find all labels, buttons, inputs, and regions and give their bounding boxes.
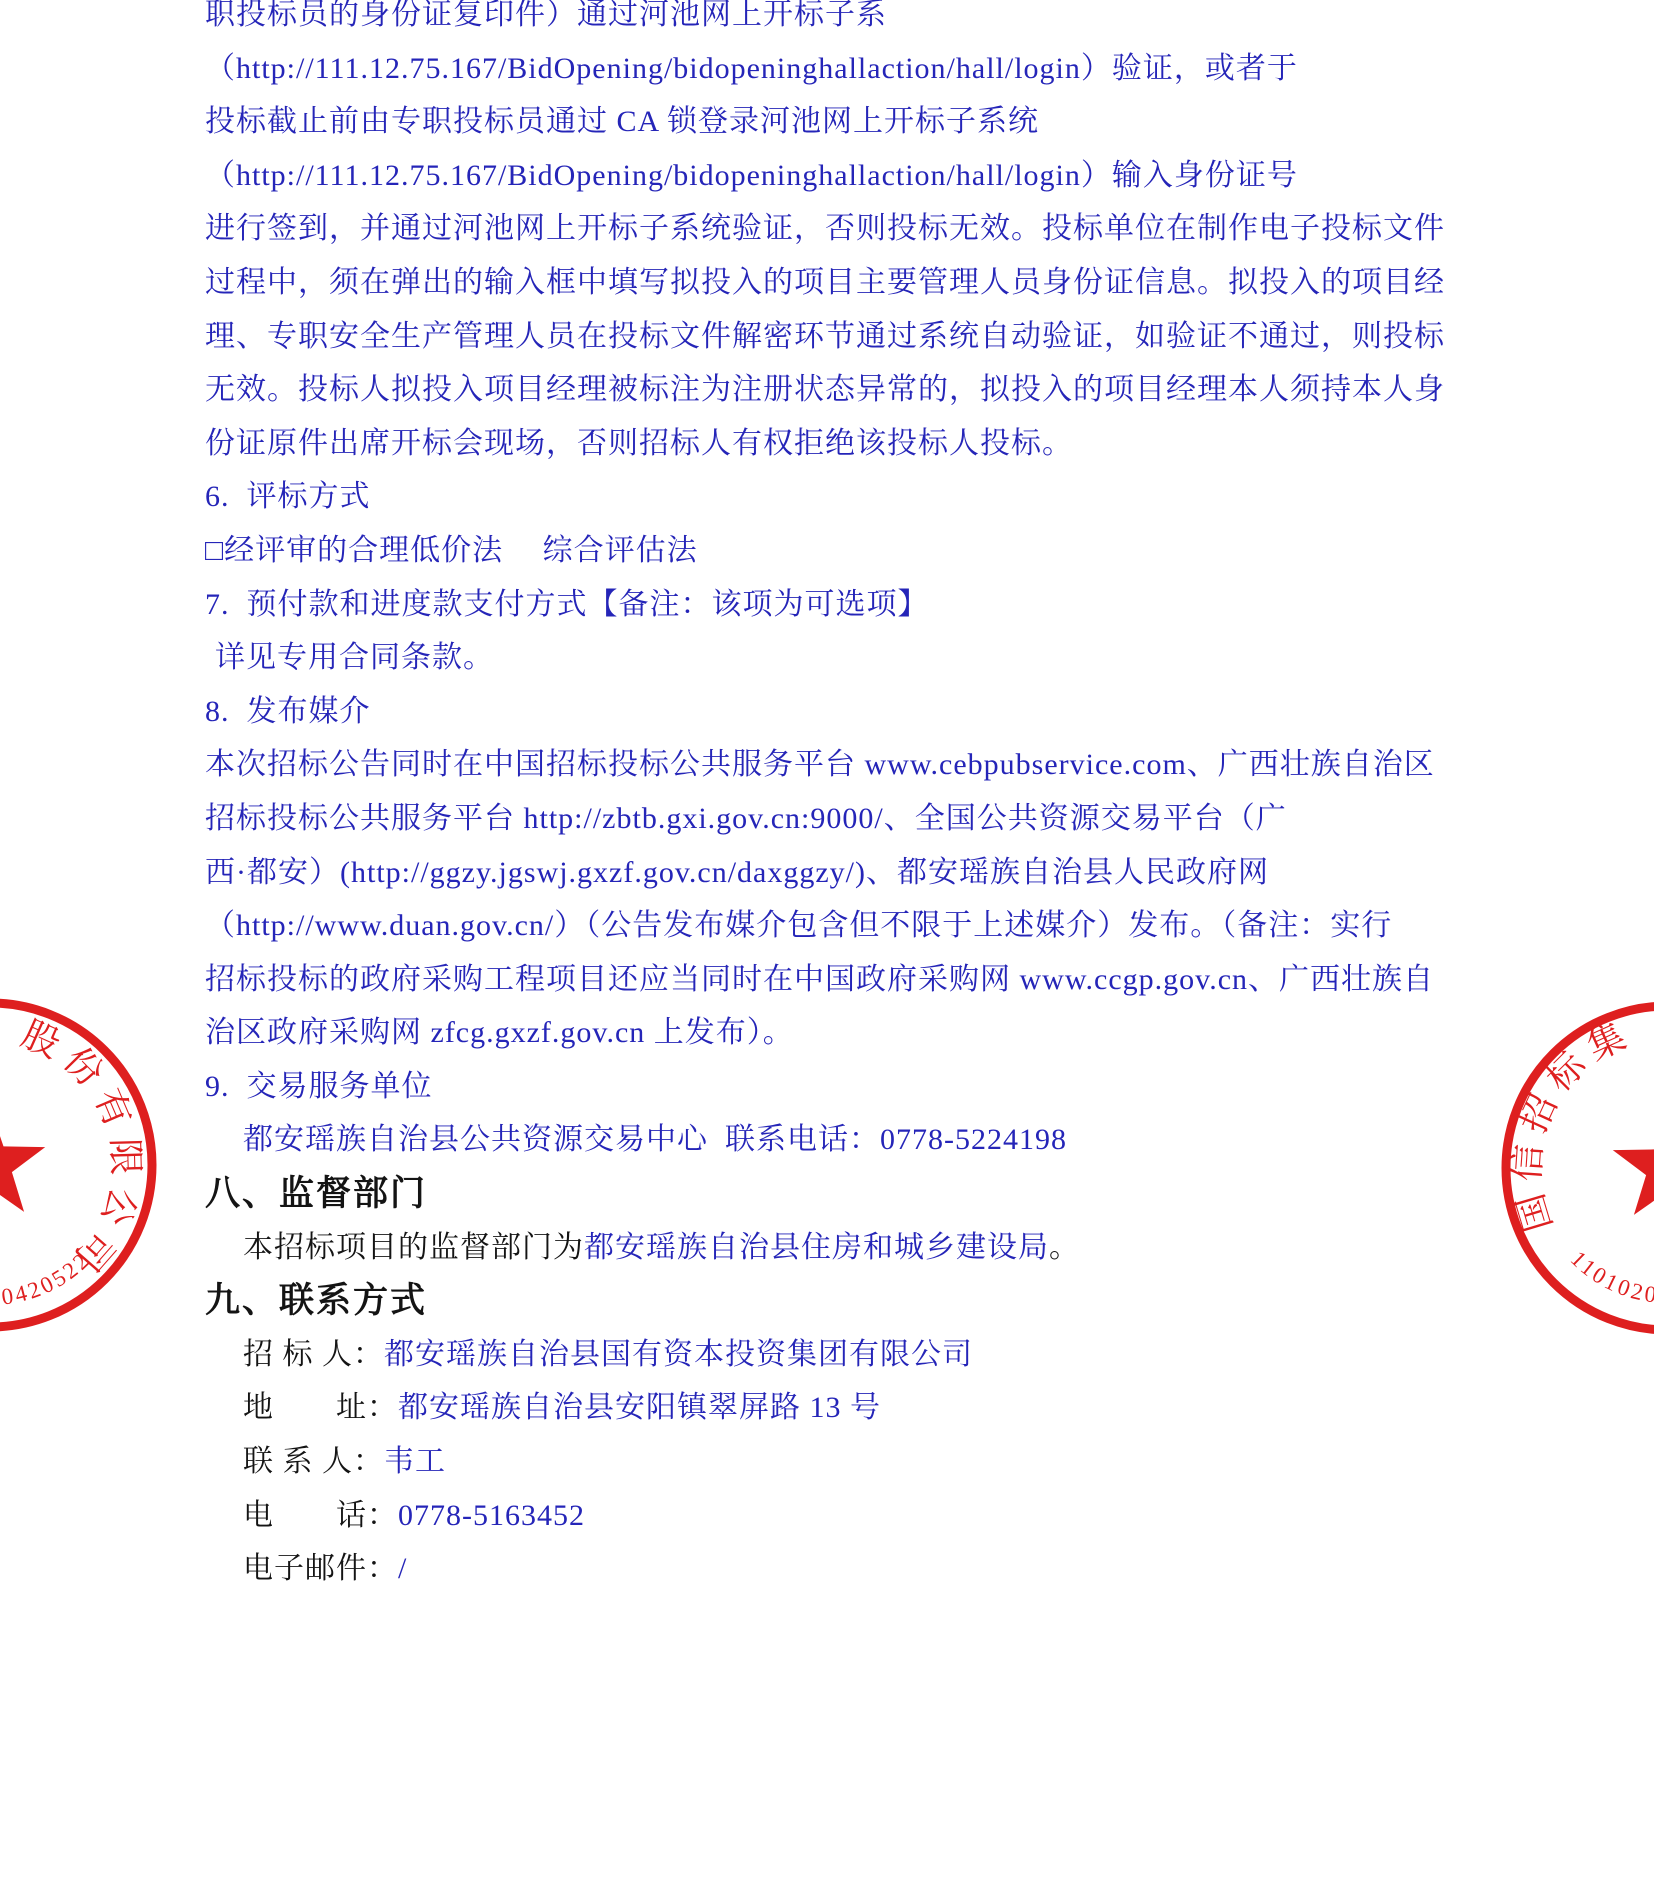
section-item-6-evaluation-method: 6. 评标方式 — [205, 470, 1475, 524]
text-line: 无效。投标人拟投入项目经理被标注为注册状态异常的，拟投入的项目经理本人须持本人身 — [205, 363, 1475, 417]
company-seal-right: 国信招标集团 1101020 — [1488, 988, 1654, 1348]
section-item-8-media: 8. 发布媒介 — [205, 685, 1475, 739]
contact-label: 地 址： — [243, 1391, 398, 1424]
contact-row-email: 电子邮件：/ — [243, 1542, 1475, 1596]
contact-row-person: 联 系 人：韦工 — [243, 1435, 1475, 1489]
text-line: 份证原件出席开标会现场，否则招标人有权拒绝该投标人投标。 — [205, 417, 1475, 471]
trading-center-phone-line: 都安瑶族自治县公共资源交易中心 联系电话：0778-5224198 — [243, 1113, 1475, 1167]
contact-row-phone: 电 话：0778-5163452 — [243, 1489, 1475, 1543]
contact-label: 电 话： — [243, 1499, 398, 1532]
text-line-url: 招标投标公共服务平台 http://zbtb.gxi.gov.cn:9000/、… — [205, 792, 1475, 846]
heading-contact-info: 九、联系方式 — [205, 1274, 1475, 1328]
text-line: 详见专用合同条款。 — [215, 631, 1475, 685]
text-line-url: （http://111.12.75.167/BidOpening/bidopen… — [205, 42, 1475, 96]
section-item-9-trading-service: 9. 交易服务单位 — [205, 1060, 1475, 1114]
contact-label: 电子邮件： — [243, 1552, 398, 1585]
contact-row-tenderer: 招 标 人：都安瑶族自治县国有资本投资集团有限公司 — [243, 1328, 1475, 1382]
contact-row-address: 地 址：都安瑶族自治县安阳镇翠屏路 13 号 — [243, 1381, 1475, 1435]
text-line-url: 西·都安）(http://ggzy.jgswj.gxzf.gov.cn/daxg… — [205, 846, 1475, 900]
document-page: 职投标员的身份证复印件）通过河池网上开标子系 （http://111.12.75… — [0, 0, 1654, 1893]
section-item-7-payment: 7. 预付款和进度款支付方式【备注：该项为可选项】 — [205, 578, 1475, 632]
text-line-url: （http://111.12.75.167/BidOpening/bidopen… — [205, 149, 1475, 203]
text-line: 投标截止前由专职投标员通过 CA 锁登录河池网上开标子系统 — [205, 95, 1475, 149]
text-line-url: （http://www.duan.gov.cn/）（公告发布媒介包含但不限于上述… — [205, 899, 1475, 953]
text-line-url: 招标投标的政府采购工程项目还应当同时在中国政府采购网 www.ccgp.gov.… — [205, 953, 1475, 1007]
star-icon — [0, 1107, 45, 1212]
company-seal-left: 股份有限公司 0420522 — [0, 985, 170, 1345]
contact-phone: 0778-5163452 — [398, 1499, 585, 1532]
contact-label: 招 标 人： — [243, 1338, 384, 1371]
contact-person: 韦工 — [384, 1445, 446, 1478]
document-text: 职投标员的身份证复印件）通过河池网上开标子系 （http://111.12.75… — [205, 0, 1475, 1596]
text-line: 过程中，须在弹出的输入框中填写拟投入的项目主要管理人员身份证信息。拟投入的项目经 — [205, 256, 1475, 310]
text-line: 进行签到，并通过河池网上开标子系统验证，否则投标无效。投标单位在制作电子投标文件 — [205, 202, 1475, 256]
svg-text:国信招标集团: 国信招标集团 — [1488, 988, 1640, 1236]
contact-email: / — [398, 1552, 407, 1585]
tenderer-name: 都安瑶族自治县国有资本投资集团有限公司 — [384, 1338, 973, 1371]
supervision-line: 本招标项目的监督部门为都安瑶族自治县住房和城乡建设局。 — [243, 1221, 1475, 1275]
text-line-url: 治区政府采购网 zfcg.gxzf.gov.cn 上发布）。 — [205, 1006, 1475, 1060]
supervision-suffix: 。 — [1049, 1231, 1080, 1264]
supervision-prefix: 本招标项目的监督部门为 — [243, 1231, 584, 1264]
star-icon — [1613, 1110, 1654, 1215]
text-line: 职投标员的身份证复印件）通过河池网上开标子系 — [205, 0, 1475, 42]
heading-supervision-department: 八、监督部门 — [205, 1167, 1475, 1221]
supervision-department-name: 都安瑶族自治县住房和城乡建设局 — [584, 1231, 1049, 1264]
seal-arc-text: 国信招标集团 — [1488, 988, 1640, 1236]
evaluation-options-checkbox-line: □经评审的合理低价法 综合评估法 — [205, 524, 1475, 578]
tenderer-address: 都安瑶族自治县安阳镇翠屏路 13 号 — [398, 1391, 881, 1424]
text-line: 理、专职安全生产管理人员在投标文件解密环节通过系统自动验证，如验证不通过，则投标 — [205, 310, 1475, 364]
contact-label: 联 系 人： — [243, 1445, 384, 1478]
text-line: 本次招标公告同时在中国招标投标公共服务平台 www.cebpubservice.… — [205, 738, 1475, 792]
